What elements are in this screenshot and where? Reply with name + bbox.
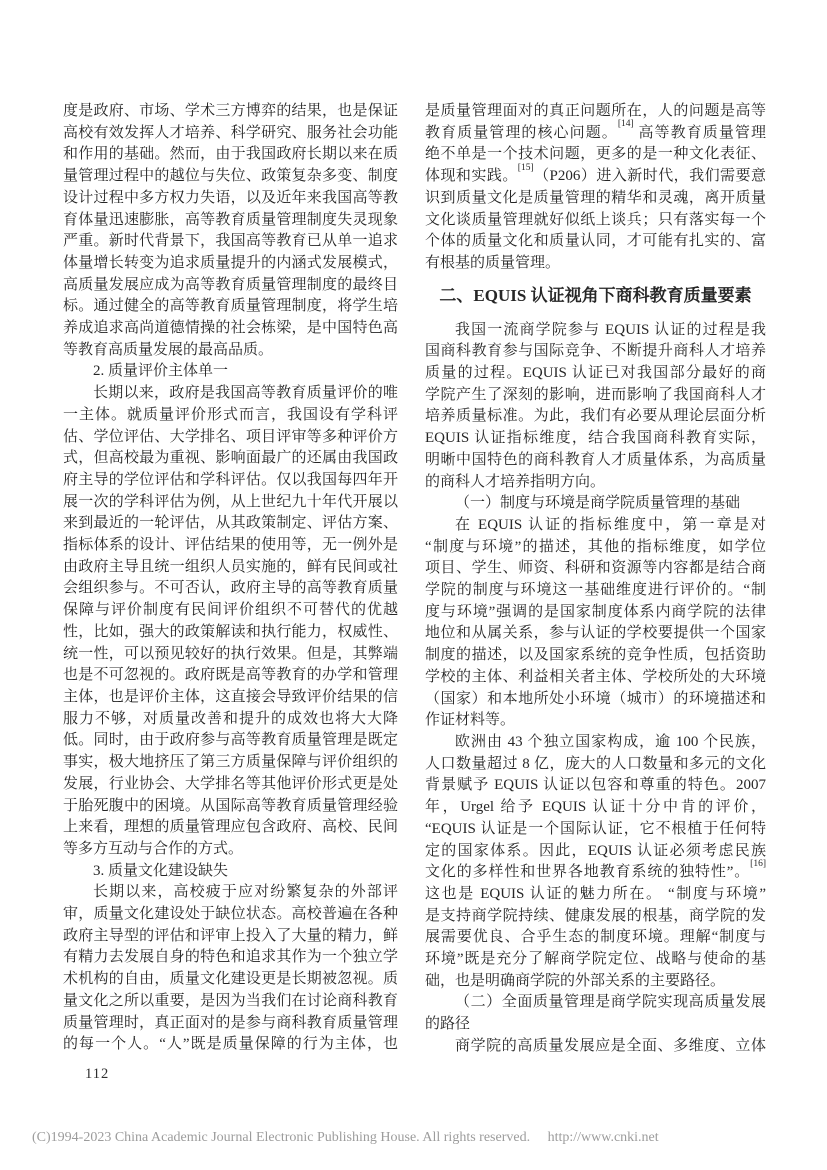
text-line: 于胎死腹中的困境。从国际高等教育质量管理经验 [63, 796, 398, 818]
text-line: 是支持商学院持续、健康发展的根基，商学院的发 [425, 906, 766, 928]
text-line: 和作用的基础。然而，由于我国政府长期以来在质 [63, 144, 398, 166]
text-line: 质量的过程。EQUIS 认证已对我国部分最好的商 [425, 363, 766, 385]
citation-ref: [14] [618, 119, 634, 129]
text-line: 主体，也是评价主体，这直接会导致评价结果的信 [63, 687, 398, 709]
text-line: 会组织参与。不可否认，政府主导的高等教育质量 [63, 578, 398, 600]
text-line: 的路径 [425, 1014, 766, 1036]
text-line: 础，也是明确商学院的外部关系的主要路径。 [425, 971, 766, 993]
text-line: 政府主导型的评估和评审上投入了大量的精力，鲜 [63, 926, 398, 948]
text-line: 统一性，可以预见较好的执行效果。但是，其弊端 [63, 644, 398, 666]
citation-ref: [15] [518, 163, 534, 173]
text-line: 作证材料等。 [425, 710, 766, 732]
text-line: 审，质量文化建设处于缺位状态。高校普遍在各种 [63, 904, 398, 926]
text-line: 制度的描述，以及国家系统的竞争性质，包括资助 [425, 645, 766, 667]
text-line: 的每一个人。“人”既是质量保障的行为主体，也 [63, 1034, 398, 1056]
text-line: 二、EQUIS 认证视角下商科教育质量要素 [425, 284, 766, 308]
text-line: 养成追求高尚道德情操的社会栋梁，是中国特色高 [63, 318, 398, 340]
text-line: 有根基的质量管理。 [425, 253, 766, 275]
text-line: 事实，极大地挤压了第三方质量保障与评价组织的 [63, 752, 398, 774]
text-line: 的商科人才培养指明方向。 [425, 472, 766, 494]
journal-article-page: 度是政府、市场、学术三方博弈的结果，也是保证高校有效发挥人才培养、科学研究、服务… [0, 0, 827, 1170]
text-line: 展需要优良、合乎生态的制度环境。理解“制度与 [425, 927, 766, 949]
paragraph: 我国一流商学院参与 EQUIS 认证的过程是我国商科教育参与国际竞争、不断提升商… [425, 320, 766, 494]
text-line: 由政府主导且统一组织人员实施的，鲜有民间或社 [63, 557, 398, 579]
text-line: 人口数量超过 8 亿，庞大的人口数量和多元的文化 [425, 754, 766, 776]
text-line: 文化谈质量管理就好似纸上谈兵；只有落实每一个 [425, 210, 766, 232]
text-line: 量文化之所以重要，是因为当我们在讨论商科教育 [63, 991, 398, 1013]
text-line: 府主导的学位评估和学科评估。仅以我国每四年开 [63, 470, 398, 492]
text-line: 商学院的高质量发展应是全面、多维度、立体 [425, 1036, 766, 1058]
text-line: 保障与评价制度有民间评价组织不可替代的优越 [63, 600, 398, 622]
text-line: （国家）和本地所处小环境（城市）的环境描述和 [425, 689, 766, 711]
section-heading: 二、EQUIS 认证视角下商科教育质量要素 [425, 284, 766, 308]
text-line: 学院产生了深刻的影响，进而影响了我国商科人才 [425, 385, 766, 407]
subsection-heading: （二）全面质量管理是商学院实现高质量发展的路径 [425, 992, 766, 1035]
text-column-right: 是质量管理面对的真正问题所在，人的问题是高等教育质量管理的核心问题。[14] 高… [425, 101, 766, 1058]
text-line: 一主体。就质量评价形式而言，我国设有学科评 [63, 405, 398, 427]
numbered-subheading: 3. 质量文化建设缺失 [63, 861, 398, 883]
text-line: 是质量管理面对的真正问题所在，人的问题是高等 [425, 101, 766, 123]
text-line: 低。同时，由于政府参与高等教育质量管理是既定 [63, 730, 398, 752]
text-line: 高质量发展应成为高等教育质量管理制度的最终目 [63, 275, 398, 297]
text-line: 体现和实践。[15]（P206）进入新时代，我们需要意 [425, 166, 766, 188]
paragraph: 长期以来，政府是我国高等教育质量评价的唯一主体。就质量评价形式而言，我国设有学科… [63, 383, 398, 860]
text-line: 度是政府、市场、学术三方博弈的结果，也是保证 [63, 101, 398, 123]
text-line: 年，Urgel 给予 EQUIS 认证十分中肯的评价， [425, 797, 766, 819]
text-line: EQUIS 认证指标维度，结合我国商科教育实际， [425, 428, 766, 450]
text-line: 标。通过健全的高等教育质量管理制度，将学生培 [63, 296, 398, 318]
text-line: 我国一流商学院参与 EQUIS 认证的过程是我 [425, 320, 766, 342]
text-line: 等教育高质量发展的最高品质。 [63, 340, 398, 362]
text-line: 长期以来，高校疲于应对纷繁复杂的外部评 [63, 882, 398, 904]
page-number: 112 [85, 1066, 109, 1083]
text-line: 长期以来，政府是我国高等教育质量评价的唯 [63, 383, 398, 405]
paragraph: 度是政府、市场、学术三方博弈的结果，也是保证高校有效发挥人才培养、科学研究、服务… [63, 101, 398, 361]
text-line: 展一次的学科评估为例，从上世纪九十年代开展以 [63, 492, 398, 514]
paragraph: 欧洲由 43 个独立国家构成，逾 100 个民族，人口数量超过 8 亿，庞大的人… [425, 732, 766, 992]
text-line: 育体量迅速膨胀，高等教育质量管理制度失灵现象 [63, 210, 398, 232]
text-line: 术机构的自由，质量文化建设更是长期被忽视。质 [63, 969, 398, 991]
text-line: 式，但高校最为重视、影响面最广的还属由我国政 [63, 448, 398, 470]
paragraph: 商学院的高质量发展应是全面、多维度、立体 [425, 1036, 766, 1058]
text-line: 国商科教育参与国际竞争、不断提升商科人才培养 [425, 341, 766, 363]
text-line: 有精力去发展自身的特色和追求其作为一个独立学 [63, 947, 398, 969]
text-line: 设计过程中多方权力失语，以及近年来我国高等教 [63, 188, 398, 210]
paragraph: 是质量管理面对的真正问题所在，人的问题是高等教育质量管理的核心问题。[14] 高… [425, 101, 766, 275]
text-line: 等多方互动与合作的方式。 [63, 839, 398, 861]
text-line: 性，比如，强大的政策解读和执行能力，权威性、 [63, 622, 398, 644]
text-line: （一）制度与环境是商学院质量管理的基础 [425, 493, 766, 515]
text-line: 项目、学生、师资、科研和资源等内容都是结合商 [425, 558, 766, 580]
text-line: 3. 质量文化建设缺失 [63, 861, 398, 883]
text-line: 环境”既是充分了解商学院定位、战略与使命的基 [425, 949, 766, 971]
text-line: “制度与环境”的描述，其他的指标维度，如学位 [425, 537, 766, 559]
text-line: 发展，行业协会、大学排名等其他评价形式更是处 [63, 774, 398, 796]
copyright-notice: (C)1994-2023 China Academic Journal Elec… [32, 1130, 530, 1145]
text-line: 2. 质量评价主体单一 [63, 361, 398, 383]
text-line: 服力不够，对质量改善和提升的成效也将大大降 [63, 709, 398, 731]
text-line: 度与环境”强调的是国家制度体系内商学院的法律 [425, 602, 766, 624]
text-line: 指标体系的设计、评估结果的使用等，无一例外是 [63, 535, 398, 557]
text-line: 教育质量管理的核心问题。[14] 高等教育质量管理 [425, 123, 766, 145]
text-line: “EQUIS 认证是一个国际认证，它不根植于任何特 [425, 819, 766, 841]
paragraph: 长期以来，高校疲于应对纷繁复杂的外部评审，质量文化建设处于缺位状态。高校普遍在各… [63, 882, 398, 1056]
text-line: 定的国家体系。因此，EQUIS 认证必须考虑民族 [425, 841, 766, 863]
numbered-subheading: 2. 质量评价主体单一 [63, 361, 398, 383]
text-line: 地位和从属关系，参与认证的学校要提供一个国家 [425, 623, 766, 645]
text-line: 也是不可忽视的。政府既是高等教育的办学和管理 [63, 665, 398, 687]
text-line: 识到质量文化是质量管理的精华和灵魂，离开质量 [425, 188, 766, 210]
text-line: 学院的制度与环境这一基础维度进行评价的。“制 [425, 580, 766, 602]
text-line: 这也是 EQUIS 认证的魅力所在。 “制度与环境” [425, 884, 766, 906]
text-line: 培养质量标准。为此，我们有必要从理论层面分析 [425, 406, 766, 428]
text-line: 质量管理时，真正面对的是参与商科教育质量管理 [63, 1013, 398, 1035]
subsection-heading: （一）制度与环境是商学院质量管理的基础 [425, 493, 766, 515]
text-column-left: 度是政府、市场、学术三方博弈的结果，也是保证高校有效发挥人才培养、科学研究、服务… [63, 101, 398, 1056]
page-footer: (C)1994-2023 China Academic Journal Elec… [32, 1130, 802, 1146]
text-line: 明晰中国特色的商科教育人才质量体系，为高质量 [425, 450, 766, 472]
text-line: 严重。新时代背景下，我国高等教育已从单一追求 [63, 231, 398, 253]
text-line: 文化的多样性和世界各地教育系统的独特性”。[16] [425, 862, 766, 884]
citation-ref: [16] [750, 859, 766, 869]
text-line: 上来看，理想的质量管理应包含政府、高校、民间 [63, 817, 398, 839]
text-line: 背景赋予 EQUIS 认证以包容和尊重的特色。2007 [425, 775, 766, 797]
text-line: 学校的主体、利益相关者主体、学校所处的大环境 [425, 667, 766, 689]
text-line: 个体的质量文化和质量认同，才可能有扎实的、富 [425, 231, 766, 253]
cnki-url-link[interactable]: http://www.cnki.net [548, 1130, 659, 1145]
text-line: 体量增长转变为追求质量提升的内涵式发展模式， [63, 253, 398, 275]
text-line: 来到最近的一轮评估，从其政策制定、评估方案、 [63, 513, 398, 535]
text-line: 高校有效发挥人才培养、科学研究、服务社会功能 [63, 123, 398, 145]
text-line: （二）全面质量管理是商学院实现高质量发展 [425, 992, 766, 1014]
text-line: 欧洲由 43 个独立国家构成，逾 100 个民族， [425, 732, 766, 754]
text-line: 绝不单是一个技术问题，更多的是一种文化表征、 [425, 144, 766, 166]
text-line: 量管理过程中的越位与失位、政策复杂多变、制度 [63, 166, 398, 188]
text-line: 估、学位评估、大学排名、项目评审等多种评价方 [63, 427, 398, 449]
text-line: 在 EQUIS 认证的指标维度中，第一章是对 [425, 515, 766, 537]
paragraph: 在 EQUIS 认证的指标维度中，第一章是对“制度与环境”的描述，其他的指标维度… [425, 515, 766, 732]
